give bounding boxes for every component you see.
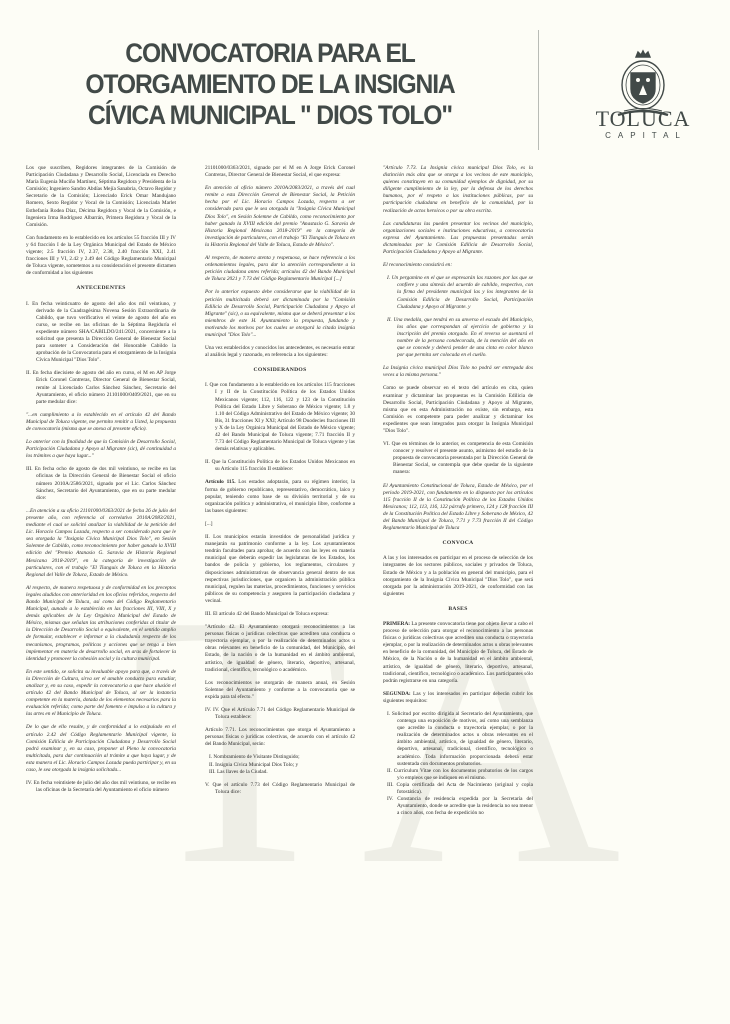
ellipsis: [...] bbox=[205, 521, 355, 528]
list-item: I. Un pergamino en el que se expresarán … bbox=[383, 275, 533, 310]
header-divider bbox=[538, 30, 539, 150]
article-771: Artículo 7.71. Los reconocimientos que o… bbox=[205, 727, 355, 748]
page-header: CONVOCATORIA PARA EL OTORGAMIENTO DE LA … bbox=[0, 0, 730, 150]
title-line-2: OTORGAMIENTO DE LA INSIGNIA bbox=[56, 69, 484, 100]
base-label: SEGUNDA: bbox=[383, 691, 411, 697]
article-42-b: Los reconocimientos se otorgarán de mane… bbox=[205, 680, 355, 701]
title-line-1: CONVOCATORIA PARA EL bbox=[56, 38, 484, 69]
section-heading-bases: BASES bbox=[383, 606, 533, 613]
quote: Por lo anterior expuesto debe considerar… bbox=[205, 289, 355, 339]
considerando-item: II. Que la Constitución Política de los … bbox=[205, 459, 355, 473]
paragraph: Como se puede observar en el texto del a… bbox=[383, 385, 533, 435]
antecedente-item: III. En fecha ocho de agosto de dos mil … bbox=[26, 466, 176, 501]
article-773: "Artículo 7.73. La Insignia cívica munic… bbox=[383, 165, 533, 215]
base-primera: PRIMERA: La presente convocatoria tiene … bbox=[383, 621, 533, 685]
requirement-item: III. Copia certificada del Acta de Nacim… bbox=[383, 782, 533, 796]
list-item: III. Las llaves de la Ciudad. bbox=[205, 769, 355, 776]
considerando-item: III. El artículo 42 del Bando Municipal … bbox=[205, 611, 355, 618]
considerando-item: V. Que el artículo 7.73 del Código Regla… bbox=[205, 782, 355, 796]
title-line-3: CÍVICA MUNICIPAL " DIOS TOLO" bbox=[56, 100, 484, 131]
section-heading-antecedentes: ANTECEDENTES bbox=[26, 285, 176, 292]
article-42: "Artículo 42. El Ayuntamiento otorgará r… bbox=[205, 624, 355, 674]
paragraph: 21101000/0363/2021, signado por el M en … bbox=[205, 165, 355, 179]
page-title: CONVOCATORIA PARA EL OTORGAMIENTO DE LA … bbox=[56, 38, 484, 131]
considerando-item: IV. IV. Que el Artículo 7.71 del Código … bbox=[205, 707, 355, 721]
article-773-d: La Insignia cívica municipal Dios Tolo n… bbox=[383, 365, 533, 379]
requirement-item: II. Currículum Vitae con los documentos … bbox=[383, 768, 533, 782]
convoca-paragraph: A las y los interesados en participar en… bbox=[383, 555, 533, 598]
toluca-logo: TOLUCA CAPITAL bbox=[580, 108, 706, 142]
base-segunda: SEGUNDA: Las y los interesados en partic… bbox=[383, 691, 533, 705]
section-heading-convoca: CONVOCA bbox=[383, 540, 533, 547]
quote: ...En atención a su oficio 21101000/0363… bbox=[26, 508, 176, 579]
base-label: PRIMERA: bbox=[383, 621, 410, 627]
quote: Al respecto, de manera respetuosa y de c… bbox=[26, 585, 176, 663]
base-text: La presente convocatoria tiene por objet… bbox=[383, 621, 533, 684]
antecedente-item: IV. En fecha veintisiete de julio del añ… bbox=[26, 780, 176, 794]
column-3: "Artículo 7.73. La Insignia cívica munic… bbox=[383, 165, 533, 817]
requirement-item: I. Solicitud por escrito dirigida al Sec… bbox=[383, 711, 533, 768]
article-115: Artículo 115. Los estados adoptarán, par… bbox=[205, 479, 355, 514]
quote: "...en cumplimiento a lo establecido en … bbox=[26, 412, 176, 433]
column-1: Los que suscriben, Regidores integrantes… bbox=[26, 165, 176, 800]
quote: El Ayuntamiento Constitucional de Toluca… bbox=[383, 483, 533, 533]
paragraph: Una vez establecidos y conocidos los ant… bbox=[205, 345, 355, 359]
legal-basis-paragraph: Con fundamento en lo establecido en los … bbox=[26, 235, 176, 278]
logo-subtext: CAPITAL bbox=[580, 130, 706, 142]
intro-paragraph: Los que suscriben, Regidores integrantes… bbox=[26, 165, 176, 229]
antecedente-item: I. En fecha veinticuatro de agosto del a… bbox=[26, 301, 176, 365]
logo-text: TOLUCA bbox=[580, 108, 706, 130]
list-item: II. Insignia Cívica Municipal Dios Tolo;… bbox=[205, 762, 355, 769]
list-item: II. Una medalla, que tendrá en su anvers… bbox=[383, 317, 533, 360]
quote: Al respecto, de manera atenta y respetuo… bbox=[205, 255, 355, 283]
quote: En atención al oficio número 2010A/2083/… bbox=[205, 185, 355, 249]
article-773-b: Las candidaturas las pueden presentar lo… bbox=[383, 221, 533, 256]
section-heading-considerandos: CONSIDERANDOS bbox=[205, 367, 355, 374]
article-773-c: El reconocimiento consistirá en: bbox=[383, 262, 533, 269]
antecedente-item: II. En fecha diecisiete de agosto del añ… bbox=[26, 370, 176, 405]
quote: Lo anterior con la finalidad de que la C… bbox=[26, 439, 176, 460]
considerando-item: VI. Que en términos de lo anterior, es c… bbox=[383, 441, 533, 476]
quote: En este sentido, se solicita su invaluab… bbox=[26, 669, 176, 719]
requirement-item: IV. Constancia de residencia expedida po… bbox=[383, 796, 533, 817]
article-label: Artículo 115. bbox=[205, 479, 236, 485]
column-2: 21101000/0363/2021, signado por el M en … bbox=[205, 165, 355, 802]
list-item: I. Nombramiento de Visitante Distinguido… bbox=[205, 754, 355, 761]
quote: De lo que de ello resulte, y de conformi… bbox=[26, 724, 176, 774]
article-115-ii: II. Los municipios estarán investidos de… bbox=[205, 534, 355, 605]
considerando-item: I. Que con fundamento a lo establecido e… bbox=[205, 382, 355, 453]
